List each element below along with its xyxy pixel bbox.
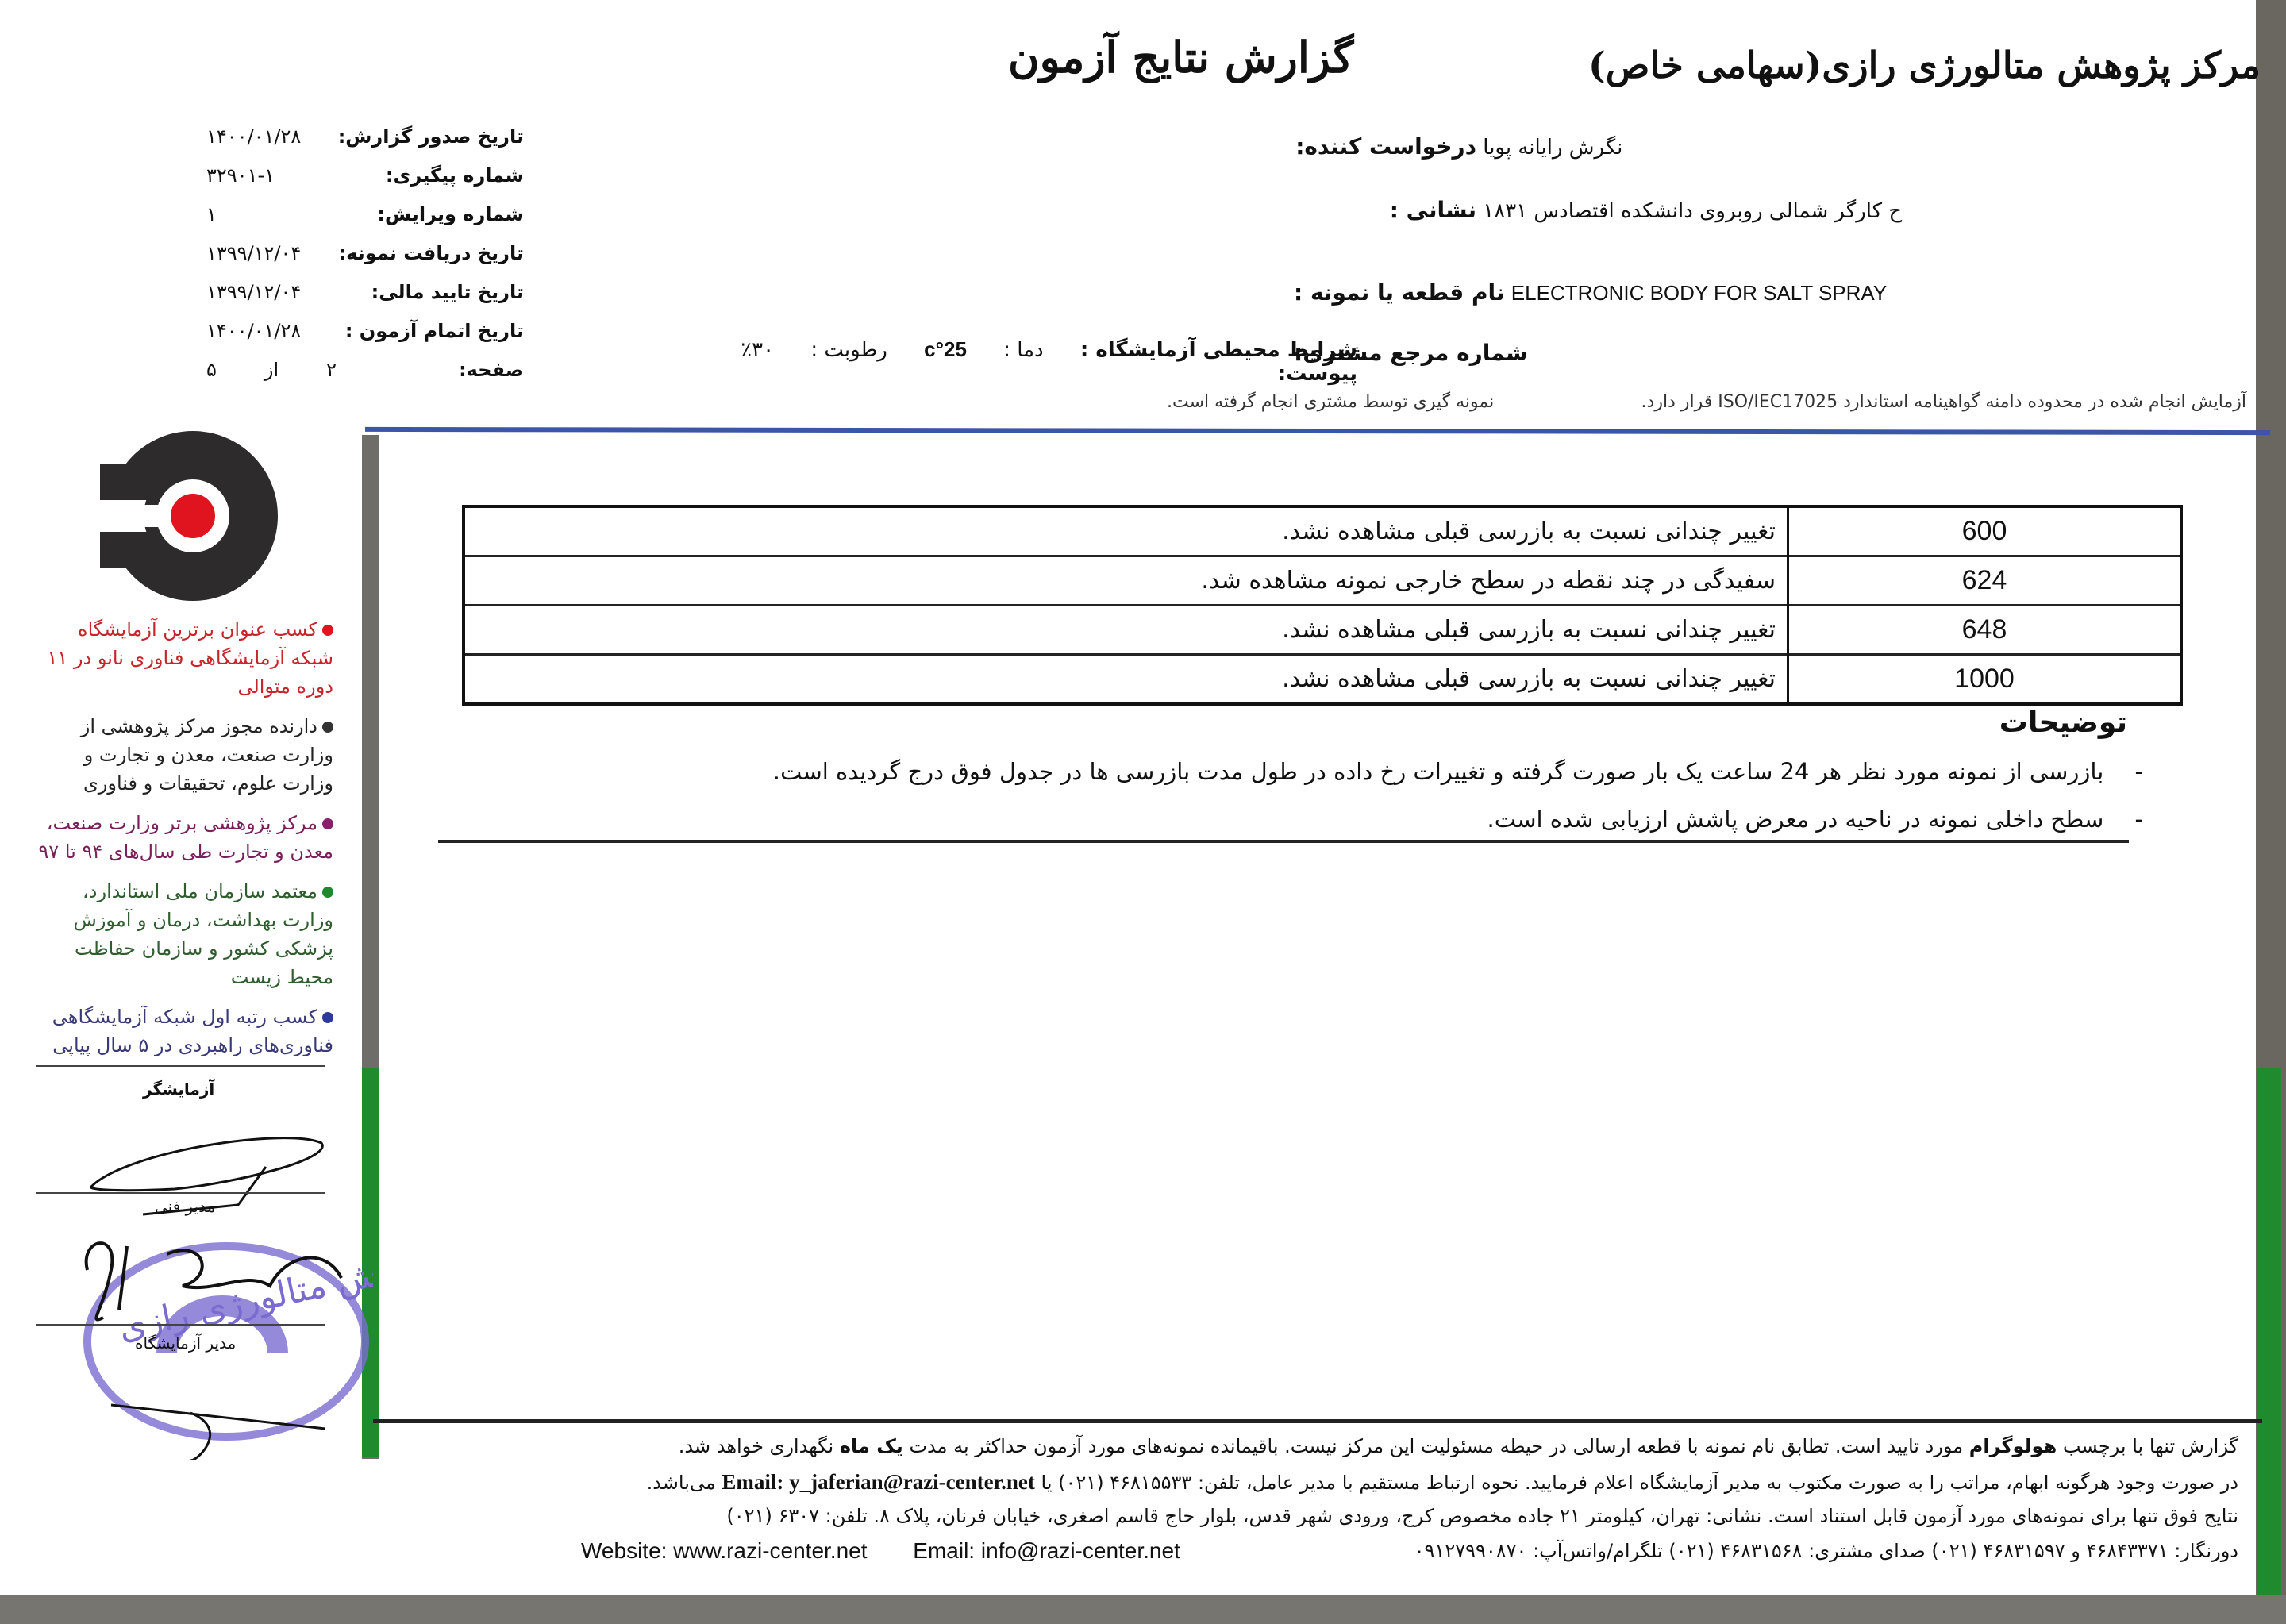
test-completion-label: تاریخ اتمام آزمون :: [345, 320, 524, 359]
hologram-label: هولوگرام: [1969, 1435, 2057, 1457]
page-of: از: [264, 359, 279, 398]
remarks-title: توضیحات: [1999, 706, 2127, 739]
humidity-label: رطوبت :: [810, 338, 887, 362]
revision-label: شماره ویرایش:: [377, 203, 524, 242]
attachment-label: پیوست:: [1278, 362, 1357, 386]
retention-period: یک ماه: [840, 1435, 903, 1457]
technical-manager-label: مدیر فنی: [155, 1197, 215, 1216]
table-row: تغییر چندانی نسبت به بازرسی قبلی مشاهده …: [464, 606, 2181, 655]
tracking-number-value: ۳۲۹۰۱-۱: [206, 164, 275, 203]
address-row: نشانی : ح کارگر شمالی روبروی دانشکده اقت…: [1294, 197, 2246, 223]
temperature-label: دما :: [1003, 338, 1043, 362]
page-current: ۲: [326, 359, 337, 398]
accolade-item: معتمد سازمان ملی استاندارد، وزارت بهداشت…: [32, 877, 333, 991]
table-row: تغییر چندانی نسبت به بازرسی قبلی مشاهده …: [464, 655, 2181, 705]
footer-line-2: در صورت وجود هرگونه ابهام، مراتب را به ص…: [532, 1470, 2238, 1495]
page-indicator: صفحه: ۲ از ۵: [206, 359, 524, 398]
accreditation-note: آزمایش انجام شده در محدوده دامنه گواهینا…: [1641, 392, 2246, 412]
accolade-item: مرکز پژوهشی برتر وزارت صنعت، معدن و تجار…: [32, 809, 333, 866]
remark-item: - سطح داخلی نمونه در ناحیه در معرض پاشش …: [635, 806, 2143, 833]
bullet-dot-icon: [322, 818, 333, 829]
lab-conditions-label: شرایط محیطی آزمایشگاه :: [1080, 338, 1357, 362]
remark-text: بازرسی از نمونه مورد نظر هر 24 ساعت یک ب…: [773, 758, 2104, 785]
sample-received-label: تاریخ دریافت نمونه:: [339, 242, 524, 281]
page-total: ۵: [206, 359, 217, 398]
page-edge-bottom: [0, 1595, 2286, 1624]
signature-divider: [36, 1192, 325, 1194]
remarks-divider: [438, 840, 2129, 843]
revision-value: ۱: [206, 203, 217, 242]
hours-cell: 648: [1788, 606, 2182, 655]
info-email-link[interactable]: Email: info@razi-center.net: [913, 1538, 1180, 1563]
bullet-dot-icon: [322, 1012, 333, 1023]
accolade-item: کسب رتبه اول شبکه آزمایشگاهی فناوری‌های …: [32, 1002, 333, 1060]
observation-cell: سفیدگی در چند نقطه در سطح خارجی نمونه مش…: [464, 556, 1788, 606]
financial-approval-value: ۱۳۹۹/۱۲/۰۴: [206, 281, 301, 320]
sampling-note: نمونه گیری توسط مشتری انجام گرفته است.: [1167, 392, 1494, 412]
page-edge-green-strip: [2257, 1068, 2281, 1615]
signature-divider: [36, 1065, 325, 1067]
remark-text: سطح داخلی نمونه در ناحیه در معرض پاشش ار…: [1487, 806, 2104, 833]
footer-divider: [373, 1419, 2262, 1423]
signature-divider: [36, 1324, 325, 1326]
table-row: سفیدگی در چند نقطه در سطح خارجی نمونه مش…: [464, 556, 2181, 606]
issue-date-label: تاریخ صدور گزارش:: [338, 125, 524, 164]
bullet-dot-icon: [322, 887, 333, 898]
hours-cell: 624: [1788, 556, 2182, 606]
requester-row: درخواست کننده: نگرش رایانه پویا: [1294, 133, 2246, 160]
stamp-text: مرکز پژوهش متالورژی رازی: [115, 1222, 373, 1349]
sample-received-value: ۱۳۹۹/۱۲/۰۴: [206, 242, 301, 281]
footer-phones: دورنگار: ۴۶۸۴۳۳۷۱ و ۴۶۸۳۱۵۹۷ (۰۲۱) صدای …: [1191, 1540, 2238, 1562]
hours-cell: 600: [1788, 506, 2182, 556]
remark-bullet: -: [2135, 806, 2143, 833]
page-label: صفحه:: [459, 359, 524, 398]
hours-cell: 1000: [1788, 655, 2182, 705]
test-completion-value: ۱۴۰۰/۰۱/۲۸: [206, 320, 301, 359]
sample-row: نام قطعه یا نمونه : ELECTRONIC BODY FOR …: [1294, 279, 2246, 306]
organization-name: مرکز پژوهش متالورژی رازی(سهامی خاص): [1588, 44, 2261, 87]
requester-label: درخواست کننده:: [1294, 133, 1476, 160]
tester-label: آزمایشگر: [143, 1079, 214, 1099]
bullet-dot-icon: [322, 722, 333, 733]
tracking-number-label: شماره پیگیری:: [386, 164, 524, 203]
accolades-list: کسب عنوان برترین آزمایشگاه شبکه آزمایشگا…: [32, 615, 333, 1071]
observation-cell: تغییر چندانی نسبت به بازرسی قبلی مشاهده …: [464, 655, 1788, 705]
lab-manager-label: مدیر آزمایشگاه: [135, 1333, 236, 1353]
address-value: ح کارگر شمالی روبروی دانشکده اقتصادس ۱۸۳…: [1483, 199, 1902, 223]
ceo-email-link[interactable]: Email: y_jaferian@razi-center.net: [722, 1470, 1035, 1494]
financial-approval-label: تاریخ تایید مالی:: [371, 281, 524, 320]
footer-address: نتایج فوق تنها برای نمونه‌های مورد آزمون…: [532, 1505, 2238, 1527]
footer-web-contacts: Website: www.razi-center.net Email: info…: [581, 1538, 1220, 1564]
remark-bullet: -: [2135, 758, 2143, 785]
results-table: تغییر چندانی نسبت به بازرسی قبلی مشاهده …: [462, 505, 2183, 706]
observation-cell: تغییر چندانی نسبت به بازرسی قبلی مشاهده …: [464, 606, 1788, 655]
customer-ref-row: شماره مرجع مشتری:: [1294, 340, 2246, 366]
requester-value: نگرش رایانه پویا: [1483, 136, 1622, 160]
bullet-dot-icon: [322, 625, 333, 636]
accolade-item: کسب عنوان برترین آزمایشگاه شبکه آزمایشگا…: [32, 615, 333, 701]
report-meta: تاریخ صدور گزارش:۱۴۰۰/۰۱/۲۸ شماره پیگیری…: [206, 125, 524, 398]
table-row: تغییر چندانی نسبت به بازرسی قبلی مشاهده …: [464, 506, 2181, 556]
issue-date-value: ۱۴۰۰/۰۱/۲۸: [206, 125, 301, 164]
humidity-value: ۳۰٪: [741, 338, 774, 362]
observation-cell: تغییر چندانی نسبت به بازرسی قبلی مشاهده …: [464, 506, 1788, 556]
sample-value: ELECTRONIC BODY FOR SALT SPRAY: [1511, 281, 1887, 306]
sample-label: نام قطعه یا نمونه :: [1294, 279, 1505, 306]
footer-line-1: گزارش تنها با برچسب هولوگرام مورد تایید …: [532, 1435, 2238, 1457]
accolade-item: دارنده مجوز مرکز پژوهشی از وزارت صنعت، م…: [32, 712, 333, 798]
header-divider: [365, 427, 2270, 435]
lab-conditions: شرایط محیطی آزمایشگاه : دما : 25°c رطوبت…: [659, 337, 1357, 386]
temperature-value: 25°c: [924, 337, 967, 361]
website-link[interactable]: Website: www.razi-center.net: [581, 1538, 868, 1563]
document-title: گزارش نتایج آزمون: [1008, 32, 1353, 83]
remark-item: - بازرسی از نمونه مورد نظر هر 24 ساعت یک…: [635, 758, 2143, 785]
company-logo-icon: [94, 425, 292, 607]
address-label: نشانی :: [1294, 197, 1476, 223]
